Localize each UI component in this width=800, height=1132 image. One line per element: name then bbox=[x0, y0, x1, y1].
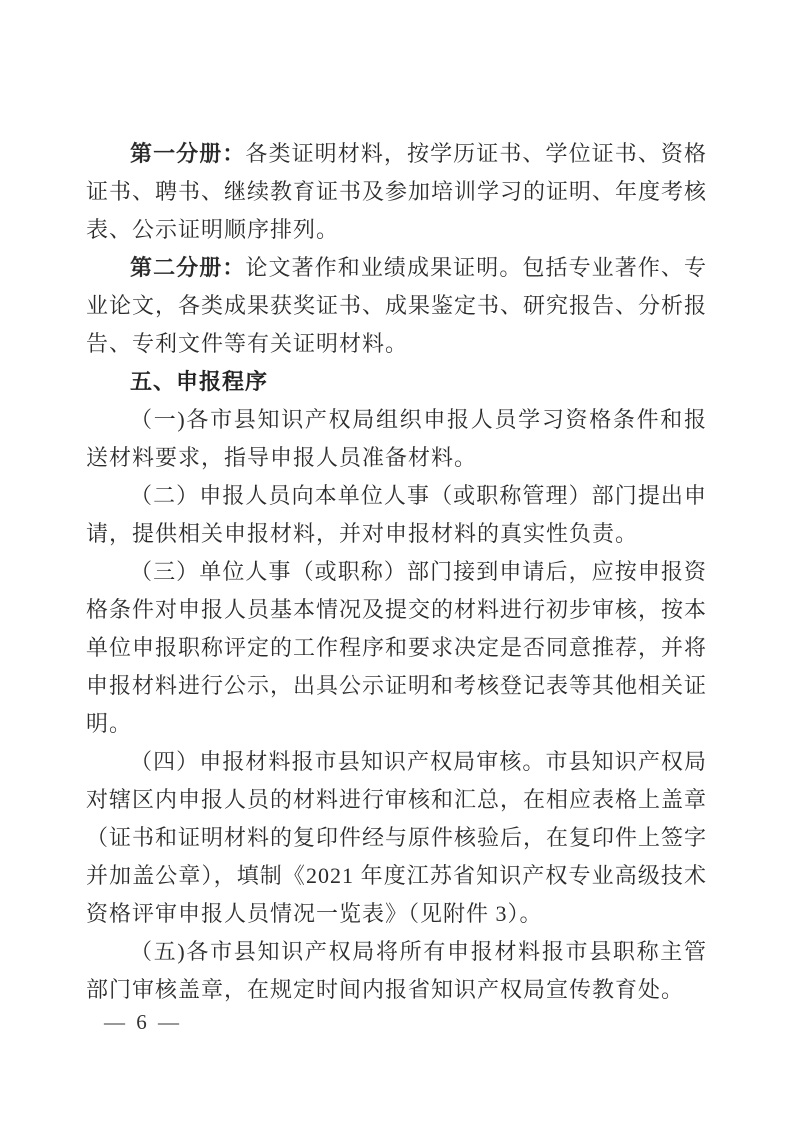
page-number: — 6 — bbox=[104, 1010, 182, 1034]
document-body: 第一分册：各类证明材料，按学历证书、学位证书、资格证书、聘书、继续教育证书及参加… bbox=[86, 135, 707, 1009]
procedure-item-3: （三）单位人事（或职称）部门接到申请后，应按申报资格条件对申报人员基本情况及提交… bbox=[86, 553, 707, 743]
section-heading-application-procedure: 五、申报程序 bbox=[86, 363, 707, 401]
procedure-item-4: （四）申报材料报市县知识产权局审核。市县知识产权局对辖区内申报人员的材料进行审核… bbox=[86, 743, 707, 933]
procedure-item-2: （二）申报人员向本单位人事（或职称管理）部门提出申请，提供相关申报材料，并对申报… bbox=[86, 477, 707, 553]
page-footer: — 6 — bbox=[104, 1008, 182, 1036]
procedure-item-5: （五)各市县知识产权局将所有申报材料报市县职称主管部门审核盖章，在规定时间内报省… bbox=[86, 933, 707, 1009]
paragraph-volume-2: 第二分册：论文著作和业绩成果证明。包括专业著作、专业论文，各类成果获奖证书、成果… bbox=[86, 249, 707, 363]
volume-2-lead: 第二分册： bbox=[130, 255, 245, 280]
volume-1-lead: 第一分册： bbox=[130, 141, 245, 166]
paragraph-volume-1: 第一分册：各类证明材料，按学历证书、学位证书、资格证书、聘书、继续教育证书及参加… bbox=[86, 135, 707, 249]
procedure-item-1: （一)各市县知识产权局组织申报人员学习资格条件和报送材料要求，指导申报人员准备材… bbox=[86, 401, 707, 477]
document-page: 第一分册：各类证明材料，按学历证书、学位证书、资格证书、聘书、继续教育证书及参加… bbox=[0, 0, 800, 1132]
